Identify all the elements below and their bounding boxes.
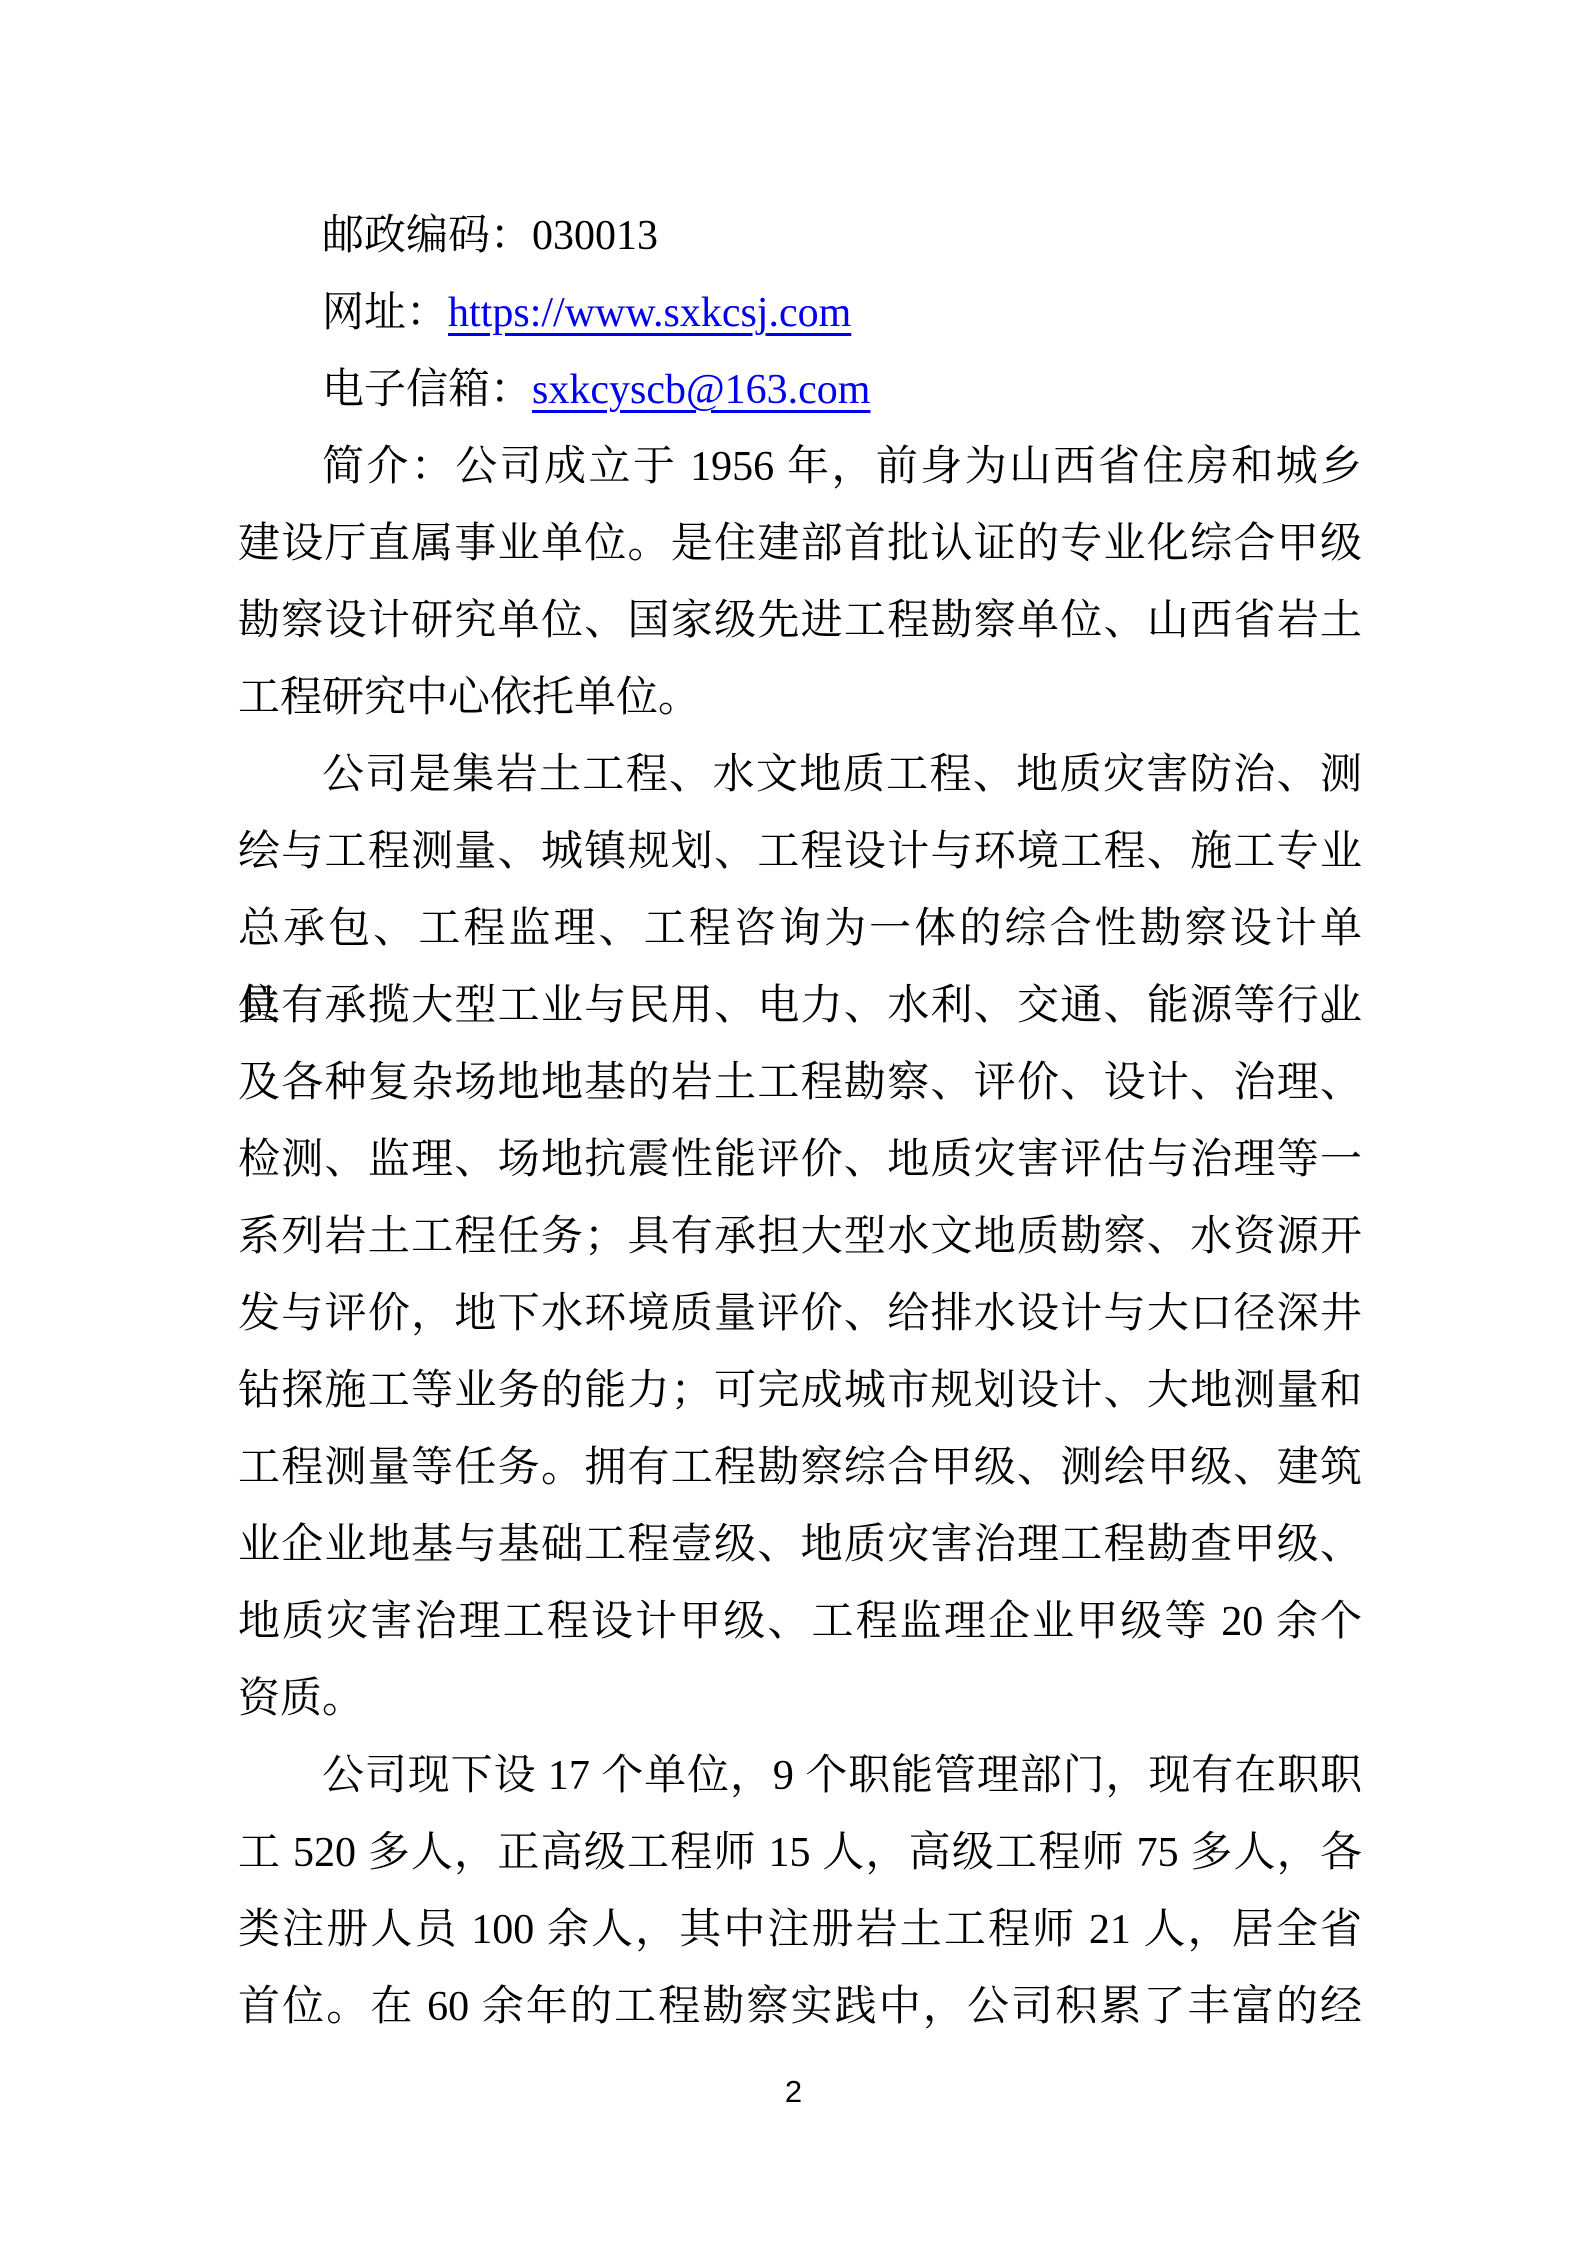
email-link[interactable]: sxkcyscb@163.com (532, 367, 870, 413)
text-line: 公司是集岩土工程、水文地质工程、地质灾害防治、测 (238, 737, 1362, 814)
text-line: 检测、监理、场地抗震性能评价、地质灾害评估与治理等一 (238, 1122, 1362, 1199)
text-line: 简介：公司成立于 1956 年，前身为山西省住房和城乡 (238, 429, 1362, 506)
field-label: 电子信箱： (322, 367, 532, 413)
text-line: 工程研究中心依托单位。 (238, 660, 1362, 737)
text-line: 钻探施工等业务的能力；可完成城市规划设计、大地测量和 (238, 1353, 1362, 1430)
text-line: 具有承揽大型工业与民用、电力、水利、交通、能源等行业 (238, 968, 1362, 1045)
text-line: 建设厅直属事业单位。是住建部首批认证的专业化综合甲级 (238, 506, 1362, 583)
text-line: 系列岩土工程任务；具有承担大型水文地质勘察、水资源开 (238, 1199, 1362, 1276)
text-line: 发与评价，地下水环境质量评价、给排水设计与大口径深井 (238, 1276, 1362, 1353)
text-line: 首位。在 60 余年的工程勘察实践中，公司积累了丰富的经 (238, 1969, 1362, 2046)
text-line: 勘察设计研究单位、国家级先进工程勘察单位、山西省岩土 (238, 583, 1362, 660)
page-number: 2 (0, 2072, 1587, 2112)
document-body: 邮政编码：030013网址：https://www.sxkcsj.com电子信箱… (238, 198, 1362, 2046)
text-line: 及各种复杂场地地基的岩土工程勘察、评价、设计、治理、 (238, 1045, 1362, 1122)
text-line: 工程测量等任务。拥有工程勘察综合甲级、测绘甲级、建筑 (238, 1430, 1362, 1507)
text-line: 电子信箱：sxkcyscb@163.com (238, 352, 1362, 429)
text-line: 类注册人员 100 余人，其中注册岩土工程师 21 人，居全省 (238, 1892, 1362, 1969)
field-label: 网址： (322, 290, 448, 336)
text-line: 公司现下设 17 个单位，9 个职能管理部门，现有在职职 (238, 1738, 1362, 1815)
text-line: 邮政编码：030013 (238, 198, 1362, 275)
text-line: 网址：https://www.sxkcsj.com (238, 275, 1362, 352)
text-line: 总承包、工程监理、工程咨询为一体的综合性勘察设计单位。 (238, 891, 1362, 968)
text-line: 绘与工程测量、城镇规划、工程设计与环境工程、施工专业 (238, 814, 1362, 891)
text-line: 资质。 (238, 1661, 1362, 1738)
text-line: 地质灾害治理工程设计甲级、工程监理企业甲级等 20 余个 (238, 1584, 1362, 1661)
website-link[interactable]: https://www.sxkcsj.com (448, 290, 851, 336)
text-line: 业企业地基与基础工程壹级、地质灾害治理工程勘查甲级、 (238, 1507, 1362, 1584)
text-line: 工 520 多人，正高级工程师 15 人，高级工程师 75 多人，各 (238, 1815, 1362, 1892)
document-page: 邮政编码：030013网址：https://www.sxkcsj.com电子信箱… (0, 0, 1587, 2245)
